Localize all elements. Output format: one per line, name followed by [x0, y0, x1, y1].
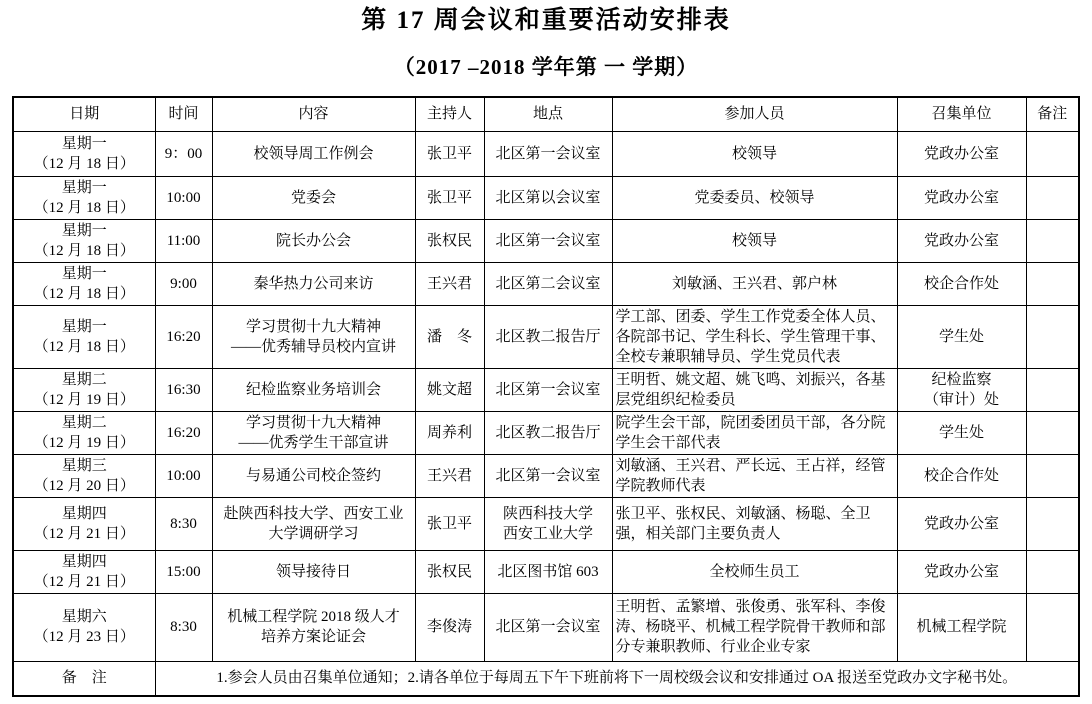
cell-time: 16:20: [155, 411, 212, 454]
cell-note: [1026, 454, 1079, 497]
table-row: 星期一 （12 月 18 日）16:20学习贯彻十九大精神 ——优秀辅导员校内宣…: [13, 305, 1079, 368]
cell-participants: 学工部、团委、学生工作党委全体人员、各院部书记、学生科长、学生管理干事、全校专兼…: [612, 305, 897, 368]
cell-participants: 刘敏涵、王兴君、严长远、王占祥，经管学院教师代表: [612, 454, 897, 497]
remark-row: 备 注1.参会人员由召集单位通知；2.请各单位于每周五下午下班前将下一周校级会议…: [13, 661, 1079, 696]
table-row: 星期一 （12 月 18 日）9：00校领导周工作例会张卫平北区第一会议室校领导…: [13, 131, 1079, 176]
cell-host: 张权民: [415, 219, 484, 262]
remark-text: 1.参会人员由召集单位通知；2.请各单位于每周五下午下班前将下一周校级会议和安排…: [155, 661, 1079, 696]
cell-note: [1026, 305, 1079, 368]
cell-note: [1026, 262, 1079, 305]
table-row: 星期四 （12 月 21 日）8:30赴陕西科技大学、西安工业 大学调研学习张卫…: [13, 497, 1079, 550]
cell-convener: 党政办公室: [897, 176, 1026, 219]
cell-convener: 党政办公室: [897, 550, 1026, 593]
cell-host: 张权民: [415, 550, 484, 593]
cell-date: 星期二 （12 月 19 日）: [13, 368, 155, 411]
cell-note: [1026, 219, 1079, 262]
cell-host: 王兴君: [415, 262, 484, 305]
cell-date: 星期四 （12 月 21 日）: [13, 497, 155, 550]
cell-participants: 院学生会干部，院团委团员干部，各分院学生会干部代表: [612, 411, 897, 454]
cell-convener: 党政办公室: [897, 131, 1026, 176]
cell-time: 9：00: [155, 131, 212, 176]
cell-participants: 王明哲、孟繁增、张俊勇、张军科、李俊涛、杨晓平、机械工程学院骨干教师和部分专兼职…: [612, 593, 897, 661]
cell-time: 8:30: [155, 593, 212, 661]
cell-location: 北区第一会议室: [484, 454, 612, 497]
cell-date: 星期二 （12 月 19 日）: [13, 411, 155, 454]
cell-time: 16:30: [155, 368, 212, 411]
cell-time: 9:00: [155, 262, 212, 305]
table-row: 星期六 （12 月 23 日）8:30机械工程学院 2018 级人才 培养方案论…: [13, 593, 1079, 661]
column-header-7: 备注: [1026, 97, 1079, 131]
cell-content: 领导接待日: [212, 550, 415, 593]
cell-host: 张卫平: [415, 176, 484, 219]
cell-content: 学习贯彻十九大精神 ——优秀学生干部宣讲: [212, 411, 415, 454]
cell-date: 星期一 （12 月 18 日）: [13, 131, 155, 176]
cell-host: 姚文超: [415, 368, 484, 411]
cell-time: 10:00: [155, 454, 212, 497]
cell-date: 星期四 （12 月 21 日）: [13, 550, 155, 593]
table-row: 星期三 （12 月 20 日）10:00与易通公司校企签约王兴君北区第一会议室刘…: [13, 454, 1079, 497]
cell-host: 张卫平: [415, 131, 484, 176]
cell-date: 星期一 （12 月 18 日）: [13, 262, 155, 305]
cell-location: 陕西科技大学 西安工业大学: [484, 497, 612, 550]
cell-content: 秦华热力公司来访: [212, 262, 415, 305]
column-header-4: 地点: [484, 97, 612, 131]
cell-note: [1026, 411, 1079, 454]
cell-convener: 学生处: [897, 411, 1026, 454]
table-row: 星期一 （12 月 18 日）11:00院长办公会张权民北区第一会议室校领导党政…: [13, 219, 1079, 262]
cell-time: 10:00: [155, 176, 212, 219]
cell-location: 北区教二报告厅: [484, 411, 612, 454]
column-header-2: 内容: [212, 97, 415, 131]
cell-convener: 党政办公室: [897, 497, 1026, 550]
cell-note: [1026, 176, 1079, 219]
table-row: 星期二 （12 月 19 日）16:30纪检监察业务培训会姚文超北区第一会议室王…: [13, 368, 1079, 411]
cell-time: 11:00: [155, 219, 212, 262]
column-header-3: 主持人: [415, 97, 484, 131]
cell-host: 张卫平: [415, 497, 484, 550]
cell-participants: 全校师生员工: [612, 550, 897, 593]
cell-location: 北区第二会议室: [484, 262, 612, 305]
cell-content: 院长办公会: [212, 219, 415, 262]
table-row: 星期一 （12 月 18 日）9:00秦华热力公司来访王兴君北区第二会议室刘敏涵…: [13, 262, 1079, 305]
cell-note: [1026, 131, 1079, 176]
document-title: 第 17 周会议和重要活动安排表: [0, 6, 1092, 36]
cell-convener: 学生处: [897, 305, 1026, 368]
cell-participants: 党委委员、校领导: [612, 176, 897, 219]
cell-date: 星期三 （12 月 20 日）: [13, 454, 155, 497]
cell-host: 王兴君: [415, 454, 484, 497]
cell-note: [1026, 368, 1079, 411]
document-page: 第 17 周会议和重要活动安排表 （2017 –2018 学年第 一 学期） 日…: [0, 6, 1092, 704]
cell-content: 校领导周工作例会: [212, 131, 415, 176]
cell-content: 机械工程学院 2018 级人才 培养方案论证会: [212, 593, 415, 661]
cell-content: 赴陕西科技大学、西安工业 大学调研学习: [212, 497, 415, 550]
cell-date: 星期一 （12 月 18 日）: [13, 176, 155, 219]
cell-participants: 校领导: [612, 131, 897, 176]
cell-convener: 校企合作处: [897, 454, 1026, 497]
cell-time: 16:20: [155, 305, 212, 368]
column-header-1: 时间: [155, 97, 212, 131]
cell-location: 北区教二报告厅: [484, 305, 612, 368]
cell-participants: 刘敏涵、王兴君、郭户林: [612, 262, 897, 305]
cell-host: 李俊涛: [415, 593, 484, 661]
cell-host: 周养利: [415, 411, 484, 454]
column-header-5: 参加人员: [612, 97, 897, 131]
cell-participants: 王明哲、姚文超、姚飞鸣、刘振兴，各基层党组织纪检委员: [612, 368, 897, 411]
schedule-body: 星期一 （12 月 18 日）9：00校领导周工作例会张卫平北区第一会议室校领导…: [13, 131, 1079, 696]
cell-host: 潘 冬: [415, 305, 484, 368]
cell-time: 15:00: [155, 550, 212, 593]
column-header-0: 日期: [13, 97, 155, 131]
cell-time: 8:30: [155, 497, 212, 550]
cell-convener: 纪检监察 （审计）处: [897, 368, 1026, 411]
header-row: 日期时间内容主持人地点参加人员召集单位备注: [13, 97, 1079, 131]
cell-convener: 机械工程学院: [897, 593, 1026, 661]
cell-date: 星期一 （12 月 18 日）: [13, 305, 155, 368]
cell-note: [1026, 497, 1079, 550]
cell-participants: 校领导: [612, 219, 897, 262]
table-row: 星期二 （12 月 19 日）16:20学习贯彻十九大精神 ——优秀学生干部宣讲…: [13, 411, 1079, 454]
remark-label: 备 注: [13, 661, 155, 696]
cell-content: 与易通公司校企签约: [212, 454, 415, 497]
cell-content: 学习贯彻十九大精神 ——优秀辅导员校内宣讲: [212, 305, 415, 368]
cell-location: 北区第以会议室: [484, 176, 612, 219]
cell-location: 北区第一会议室: [484, 131, 612, 176]
schedule-table: 日期时间内容主持人地点参加人员召集单位备注 星期一 （12 月 18 日）9：0…: [12, 96, 1080, 697]
cell-convener: 校企合作处: [897, 262, 1026, 305]
cell-date: 星期六 （12 月 23 日）: [13, 593, 155, 661]
cell-convener: 党政办公室: [897, 219, 1026, 262]
cell-content: 纪检监察业务培训会: [212, 368, 415, 411]
cell-location: 北区图书馆 603: [484, 550, 612, 593]
table-row: 星期一 （12 月 18 日）10:00党委会张卫平北区第以会议室党委委员、校领…: [13, 176, 1079, 219]
column-header-6: 召集单位: [897, 97, 1026, 131]
cell-location: 北区第一会议室: [484, 593, 612, 661]
cell-note: [1026, 550, 1079, 593]
cell-content: 党委会: [212, 176, 415, 219]
cell-date: 星期一 （12 月 18 日）: [13, 219, 155, 262]
table-row: 星期四 （12 月 21 日）15:00领导接待日张权民北区图书馆 603全校师…: [13, 550, 1079, 593]
cell-location: 北区第一会议室: [484, 219, 612, 262]
document-subtitle: （2017 –2018 学年第 一 学期）: [0, 54, 1092, 80]
cell-participants: 张卫平、张权民、刘敏涵、杨聪、全卫强，相关部门主要负责人: [612, 497, 897, 550]
cell-note: [1026, 593, 1079, 661]
cell-location: 北区第一会议室: [484, 368, 612, 411]
